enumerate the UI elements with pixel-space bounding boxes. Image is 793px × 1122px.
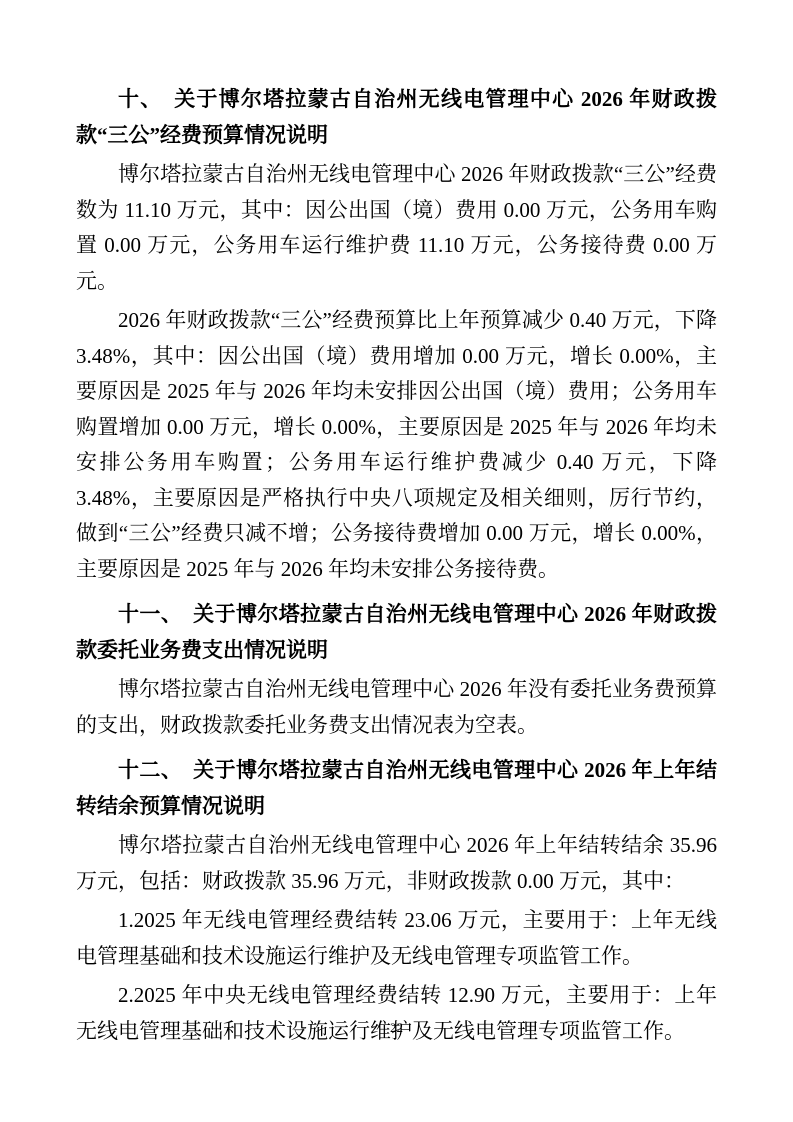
section-twelve-heading: 十二、 关于博尔塔拉蒙古自治州无线电管理中心 2026 年上年结转结余预算情况说…	[76, 753, 717, 824]
section-ten-paragraph-1: 博尔塔拉蒙古自治州无线电管理中心 2026 年财政拨款“三公”经费数为 11.1…	[76, 157, 717, 299]
section-ten-heading: 十、 关于博尔塔拉蒙古自治州无线电管理中心 2026 年财政拨款“三公”经费预算…	[76, 82, 717, 153]
section-twelve: 十二、 关于博尔塔拉蒙古自治州无线电管理中心 2026 年上年结转结余预算情况说…	[76, 753, 717, 1049]
section-ten-paragraph-2: 2026 年财政拨款“三公”经费预算比上年预算减少 0.40 万元，下降 3.4…	[76, 303, 717, 587]
section-twelve-paragraph-3: 2.2025 年中央无线电管理经费结转 12.90 万元，主要用于：上年无线电管…	[76, 978, 717, 1049]
page-number: 22	[0, 1020, 793, 1036]
section-twelve-paragraph-2: 1.2025 年无线电管理经费结转 23.06 万元，主要用于：上年无线电管理基…	[76, 903, 717, 974]
section-eleven-paragraph-1: 博尔塔拉蒙古自治州无线电管理中心 2026 年没有委托业务费预算的支出，财政拨款…	[76, 672, 717, 743]
section-eleven-heading: 十一、 关于博尔塔拉蒙古自治州无线电管理中心 2026 年财政拨款委托业务费支出…	[76, 597, 717, 668]
section-ten: 十、 关于博尔塔拉蒙古自治州无线电管理中心 2026 年财政拨款“三公”经费预算…	[76, 82, 717, 587]
section-twelve-paragraph-1: 博尔塔拉蒙古自治州无线电管理中心 2026 年上年结转结余 35.96 万元，包…	[76, 828, 717, 899]
section-eleven: 十一、 关于博尔塔拉蒙古自治州无线电管理中心 2026 年财政拨款委托业务费支出…	[76, 597, 717, 743]
document-page: 十、 关于博尔塔拉蒙古自治州无线电管理中心 2026 年财政拨款“三公”经费预算…	[0, 0, 793, 1122]
document-body: 十、 关于博尔塔拉蒙古自治州无线电管理中心 2026 年财政拨款“三公”经费预算…	[76, 82, 717, 1049]
